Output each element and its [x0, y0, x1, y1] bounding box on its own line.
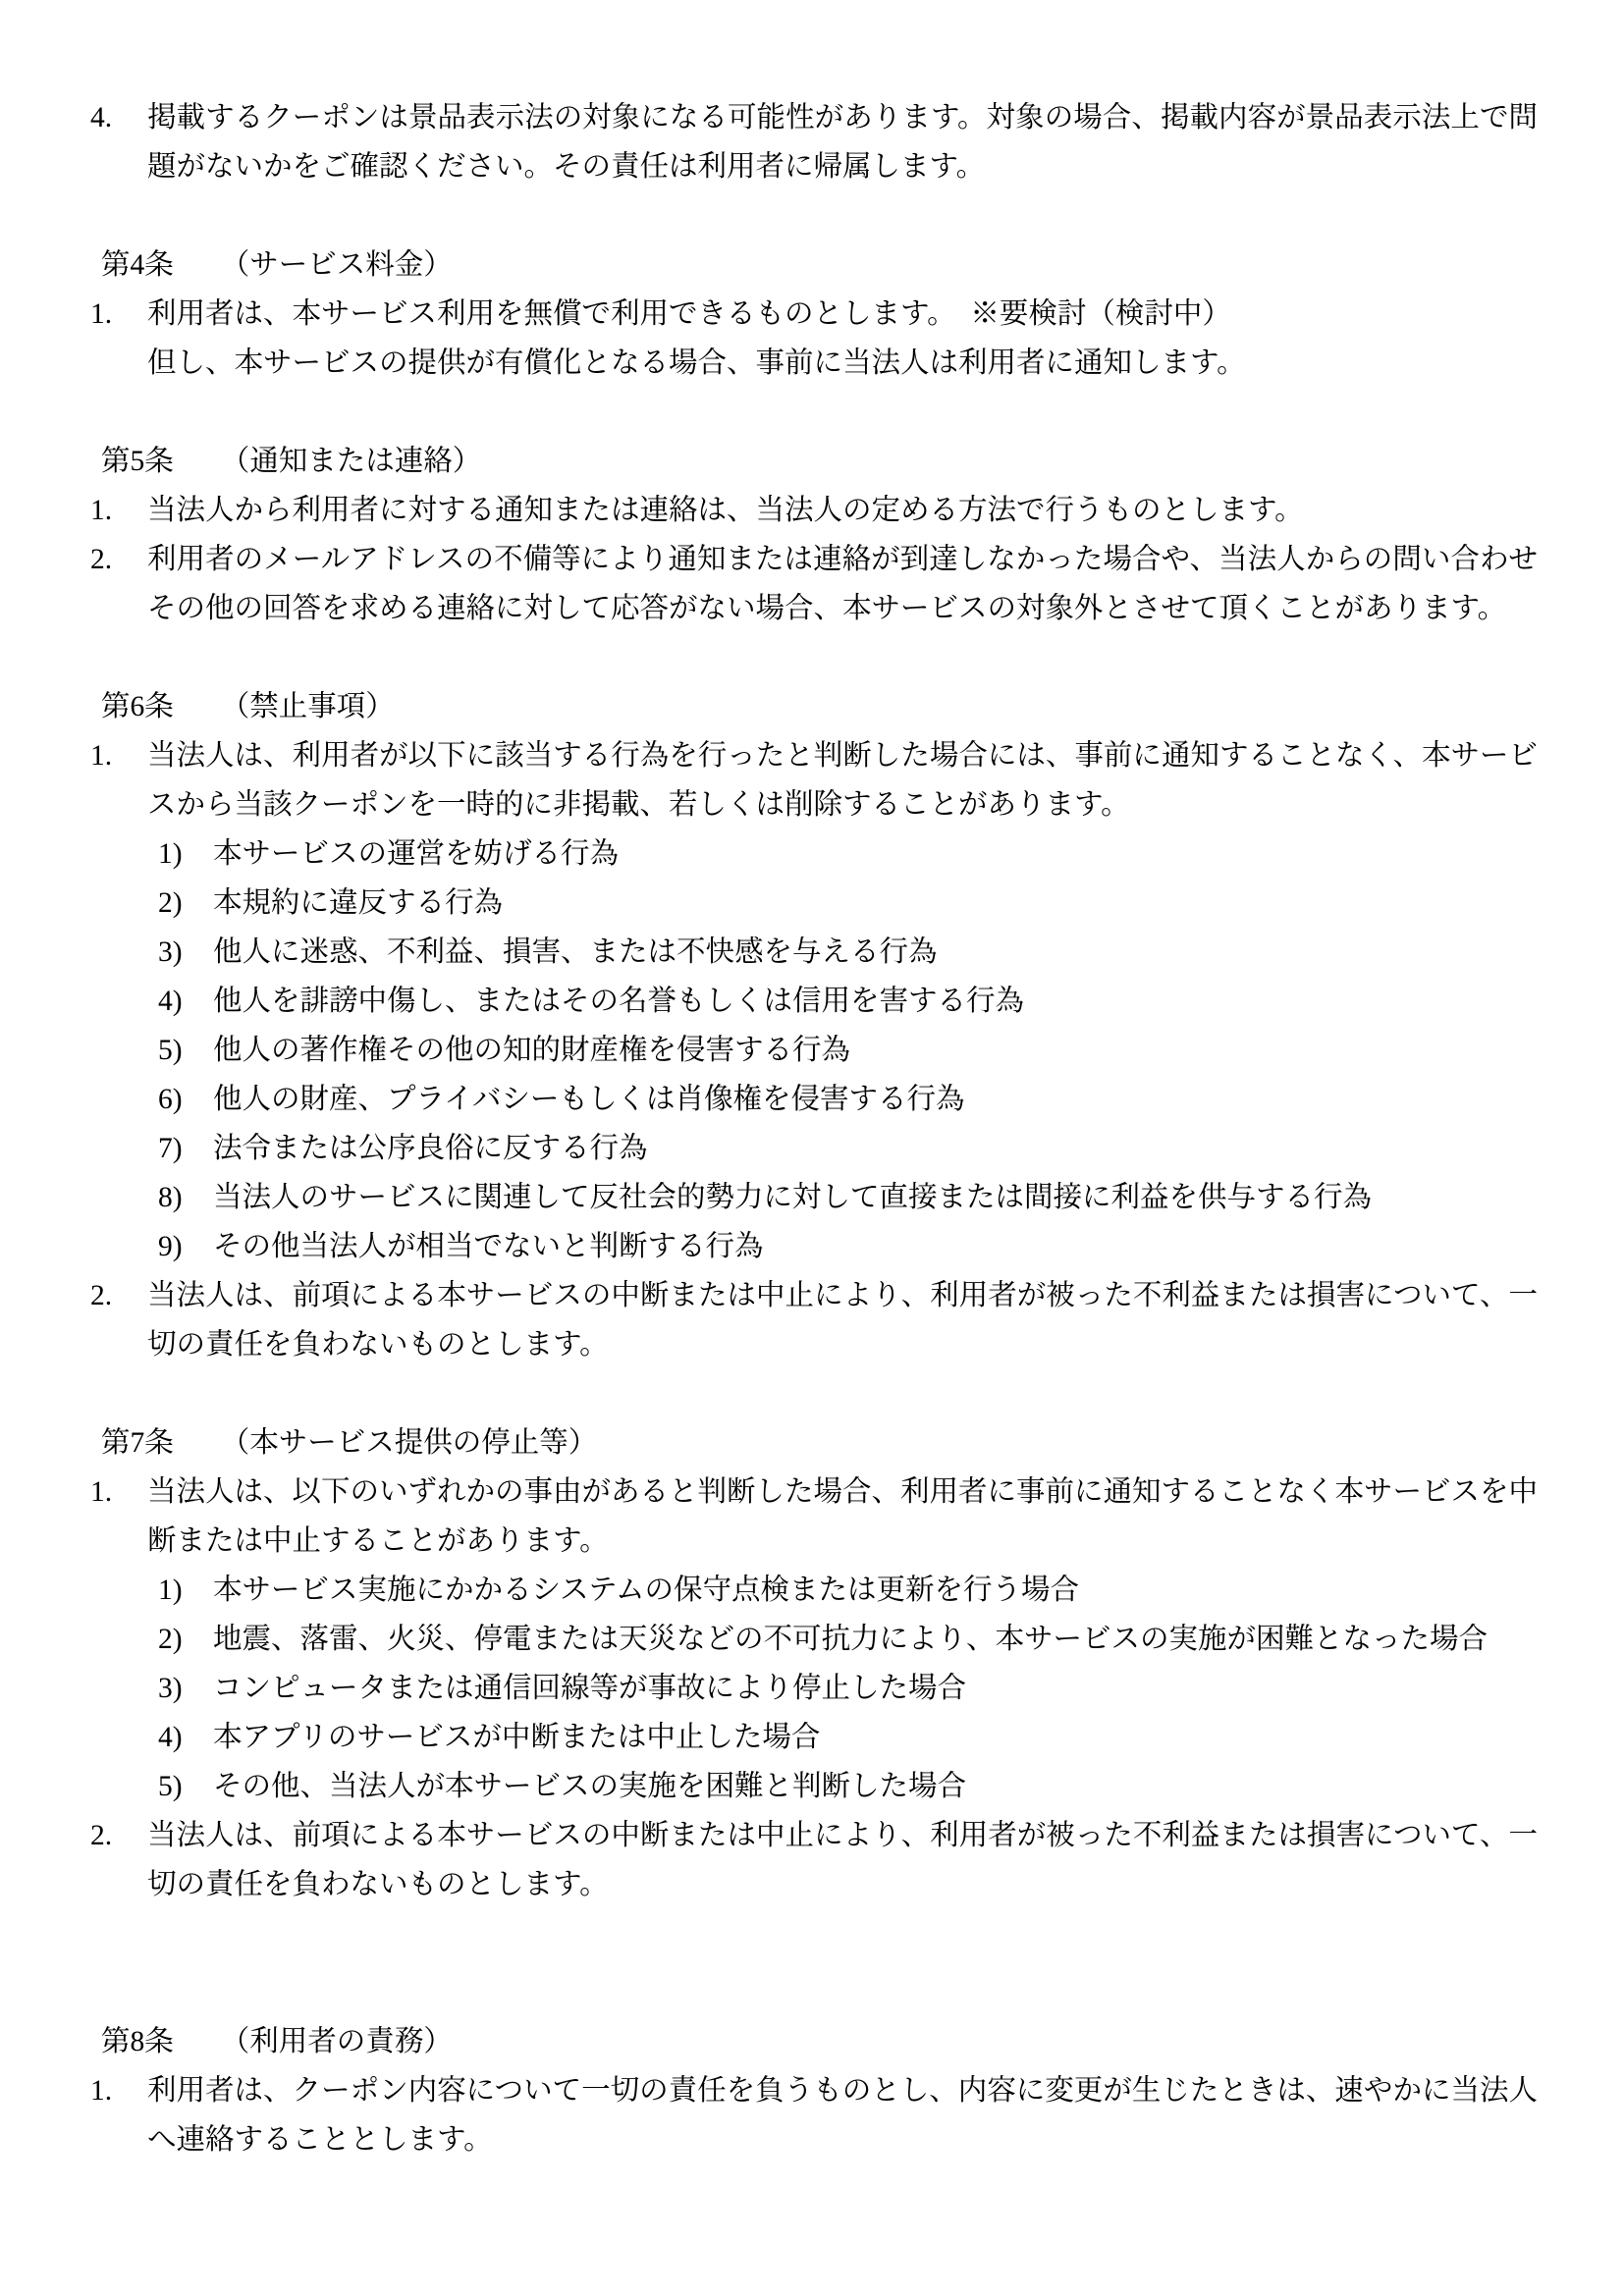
sub-list-item: 1)本サービスの運営を妨げる行為: [213, 829, 1538, 879]
item-number: 2.: [90, 535, 112, 584]
item-text: 本サービスの運営を妨げる行為: [213, 829, 1538, 879]
item-text: その他、当法人が本サービスの実施を困難と判断した場合: [213, 1762, 1538, 1811]
article-heading: 第5条（通知または連絡）: [101, 437, 1538, 486]
item-number: 1.: [90, 290, 112, 339]
list-item: 1.利用者は、本サービス利用を無償で利用できるものとします。 ※要検討（検討中）…: [147, 290, 1538, 388]
list-item: 2.当法人は、前項による本サービスの中断または中止により、利用者が被った不利益ま…: [147, 1811, 1538, 1909]
list-item: 1.当法人は、以下のいずれかの事由があると判断した場合、利用者に事前に通知するこ…: [147, 1468, 1538, 1566]
item-number: 1): [158, 829, 183, 879]
item-number: 1.: [90, 1468, 112, 1517]
item-text-line: 利用者は、本サービス利用を無償で利用できるものとします。 ※要検討（検討中）: [147, 290, 1538, 339]
item-number: 4.: [90, 93, 112, 142]
item-number: 1.: [90, 2066, 112, 2115]
item-text-line: 本サービス実施にかかるシステムの保守点検または更新を行う場合: [213, 1566, 1538, 1615]
item-text-line: 利用者のメールアドレスの不備等により通知または連絡が到達しなかった場合や、当法人…: [147, 535, 1538, 633]
article-title: （禁止事項）: [221, 691, 395, 722]
item-number: 1): [158, 1566, 183, 1615]
item-text: 当法人は、以下のいずれかの事由があると判断した場合、利用者に事前に通知することな…: [147, 1468, 1538, 1566]
item-text: コンピュータまたは通信回線等が事故により停止した場合: [213, 1664, 1538, 1713]
sub-list-item: 3)コンピュータまたは通信回線等が事故により停止した場合: [213, 1664, 1538, 1713]
sub-list-item: 9)その他当法人が相当でないと判断する行為: [213, 1222, 1538, 1271]
item-number: 1.: [90, 486, 112, 535]
article-number: 第7条: [101, 1427, 174, 1459]
item-number: 6): [158, 1075, 183, 1124]
item-text-line: 当法人のサービスに関連して反社会的勢力に対して直接または間接に利益を供与する行為: [213, 1173, 1538, 1222]
item-text-line: 掲載するクーポンは景品表示法の対象になる可能性があります。対象の場合、掲載内容が…: [147, 93, 1538, 191]
item-number: 3): [158, 1664, 183, 1713]
item-text: 掲載するクーポンは景品表示法の対象になる可能性があります。対象の場合、掲載内容が…: [147, 93, 1538, 191]
item-number: 9): [158, 1222, 183, 1271]
sub-list-item: 2)地震、落雷、火災、停電または天災などの不可抗力により、本サービスの実施が困難…: [213, 1615, 1538, 1664]
item-text: 他人の財産、プライバシーもしくは肖像権を侵害する行為: [213, 1075, 1538, 1124]
article-title: （利用者の責務）: [221, 2026, 453, 2057]
sub-list-item: 1)本サービス実施にかかるシステムの保守点検または更新を行う場合: [213, 1566, 1538, 1615]
item-text-line: その他、当法人が本サービスの実施を困難と判断した場合: [213, 1762, 1538, 1811]
document-page: 4.掲載するクーポンは景品表示法の対象になる可能性があります。対象の場合、掲載内…: [0, 0, 1624, 2296]
article-number: 第4条: [101, 249, 174, 281]
article-heading: 第8条（利用者の責務）: [101, 2017, 1538, 2066]
sub-list-item: 4)本アプリのサービスが中断または中止した場合: [213, 1713, 1538, 1762]
item-text-line: 他人に迷惑、不利益、損害、または不快感を与える行為: [213, 928, 1538, 977]
list-item: 2.当法人は、前項による本サービスの中断または中止により、利用者が被った不利益ま…: [147, 1271, 1538, 1369]
item-text: 当法人は、利用者が以下に該当する行為を行ったと判断した場合には、事前に通知するこ…: [147, 731, 1538, 829]
sub-list-item: 6)他人の財産、プライバシーもしくは肖像権を侵害する行為: [213, 1075, 1538, 1124]
article-title: （本サービス提供の停止等）: [221, 1427, 598, 1459]
item-text-line: 本規約に違反する行為: [213, 879, 1538, 928]
item-text-line: 法令または公序良俗に反する行為: [213, 1124, 1538, 1173]
item-number: 7): [158, 1124, 183, 1173]
item-text-line: 当法人から利用者に対する通知または連絡は、当法人の定める方法で行うものとします。: [147, 486, 1538, 535]
item-number: 5): [158, 1026, 183, 1075]
item-text: 本アプリのサービスが中断または中止した場合: [213, 1713, 1538, 1762]
sub-list-item: 5)他人の著作権その他の知的財産権を侵害する行為: [213, 1026, 1538, 1075]
item-text-line: 本サービスの運営を妨げる行為: [213, 829, 1538, 879]
article-title: （通知または連絡）: [221, 446, 482, 477]
article-number: 第6条: [101, 691, 174, 722]
item-text-line: 当法人は、以下のいずれかの事由があると判断した場合、利用者に事前に通知することな…: [147, 1468, 1538, 1566]
article-heading: 第4条（サービス料金）: [101, 240, 1538, 290]
list-item: 1.利用者は、クーポン内容について一切の責任を負うものとし、内容に変更が生じたと…: [147, 2066, 1538, 2164]
item-text: 本サービス実施にかかるシステムの保守点検または更新を行う場合: [213, 1566, 1538, 1615]
sub-list-item: 4)他人を誹謗中傷し、またはその名誉もしくは信用を害する行為: [213, 977, 1538, 1026]
item-text-line: 他人の著作権その他の知的財産権を侵害する行為: [213, 1026, 1538, 1075]
item-text-line: コンピュータまたは通信回線等が事故により停止した場合: [213, 1664, 1538, 1713]
item-text: 当法人は、前項による本サービスの中断または中止により、利用者が被った不利益または…: [147, 1811, 1538, 1909]
item-text-line: 当法人は、利用者が以下に該当する行為を行ったと判断した場合には、事前に通知するこ…: [147, 731, 1538, 829]
item-text-line: 当法人は、前項による本サービスの中断または中止により、利用者が被った不利益または…: [147, 1811, 1538, 1909]
item-text: 地震、落雷、火災、停電または天災などの不可抗力により、本サービスの実施が困難とな…: [213, 1615, 1538, 1664]
item-number: 8): [158, 1173, 183, 1222]
item-text: 当法人のサービスに関連して反社会的勢力に対して直接または間接に利益を供与する行為: [213, 1173, 1538, 1222]
item-number: 5): [158, 1762, 183, 1811]
item-number: 2.: [90, 1811, 112, 1860]
item-text: 当法人は、前項による本サービスの中断または中止により、利用者が被った不利益または…: [147, 1271, 1538, 1369]
sub-list-item: 7)法令または公序良俗に反する行為: [213, 1124, 1538, 1173]
article-number: 第8条: [101, 2026, 174, 2057]
item-text-line: 地震、落雷、火災、停電または天災などの不可抗力により、本サービスの実施が困難とな…: [213, 1615, 1538, 1664]
item-text: 利用者は、本サービス利用を無償で利用できるものとします。 ※要検討（検討中）但し…: [147, 290, 1538, 388]
article-title: （サービス料金）: [221, 249, 453, 281]
item-text: 当法人から利用者に対する通知または連絡は、当法人の定める方法で行うものとします。: [147, 486, 1538, 535]
item-text: 他人の著作権その他の知的財産権を侵害する行為: [213, 1026, 1538, 1075]
article-number: 第5条: [101, 446, 174, 477]
item-text: 他人を誹謗中傷し、またはその名誉もしくは信用を害する行為: [213, 977, 1538, 1026]
item-number: 1.: [90, 731, 112, 780]
item-text: 法令または公序良俗に反する行為: [213, 1124, 1538, 1173]
article-heading: 第6条（禁止事項）: [101, 682, 1538, 731]
article-heading: 第7条（本サービス提供の停止等）: [101, 1418, 1538, 1468]
item-text-line: 当法人は、前項による本サービスの中断または中止により、利用者が被った不利益または…: [147, 1271, 1538, 1369]
item-text: 利用者のメールアドレスの不備等により通知または連絡が到達しなかった場合や、当法人…: [147, 535, 1538, 633]
list-item: 1.当法人から利用者に対する通知または連絡は、当法人の定める方法で行うものとしま…: [147, 486, 1538, 535]
sub-list-item: 2)本規約に違反する行為: [213, 879, 1538, 928]
item-text-line: 他人を誹謗中傷し、またはその名誉もしくは信用を害する行為: [213, 977, 1538, 1026]
item-text-line: 但し、本サービスの提供が有償化となる場合、事前に当法人は利用者に通知します。: [147, 339, 1538, 388]
item-number: 4): [158, 977, 183, 1026]
item-number: 4): [158, 1713, 183, 1762]
list-item: 1.当法人は、利用者が以下に該当する行為を行ったと判断した場合には、事前に通知す…: [147, 731, 1538, 829]
sub-list-item: 5)その他、当法人が本サービスの実施を困難と判断した場合: [213, 1762, 1538, 1811]
item-text-line: 他人の財産、プライバシーもしくは肖像権を侵害する行為: [213, 1075, 1538, 1124]
item-number: 3): [158, 928, 183, 977]
document-body: 4.掲載するクーポンは景品表示法の対象になる可能性があります。対象の場合、掲載内…: [0, 93, 1624, 2164]
item-text-line: 本アプリのサービスが中断または中止した場合: [213, 1713, 1538, 1762]
item-text: 本規約に違反する行為: [213, 879, 1538, 928]
item-text-line: その他当法人が相当でないと判断する行為: [213, 1222, 1538, 1271]
item-number: 2): [158, 879, 183, 928]
item-number: 2): [158, 1615, 183, 1664]
list-item: 2.利用者のメールアドレスの不備等により通知または連絡が到達しなかった場合や、当…: [147, 535, 1538, 633]
item-number: 2.: [90, 1271, 112, 1320]
item-text: その他当法人が相当でないと判断する行為: [213, 1222, 1538, 1271]
list-item: 4.掲載するクーポンは景品表示法の対象になる可能性があります。対象の場合、掲載内…: [147, 93, 1538, 191]
sub-list-item: 3)他人に迷惑、不利益、損害、または不快感を与える行為: [213, 928, 1538, 977]
item-text-line: 利用者は、クーポン内容について一切の責任を負うものとし、内容に変更が生じたときは…: [147, 2066, 1538, 2164]
item-text: 利用者は、クーポン内容について一切の責任を負うものとし、内容に変更が生じたときは…: [147, 2066, 1538, 2164]
sub-list-item: 8)当法人のサービスに関連して反社会的勢力に対して直接または間接に利益を供与する…: [213, 1173, 1538, 1222]
item-text: 他人に迷惑、不利益、損害、または不快感を与える行為: [213, 928, 1538, 977]
